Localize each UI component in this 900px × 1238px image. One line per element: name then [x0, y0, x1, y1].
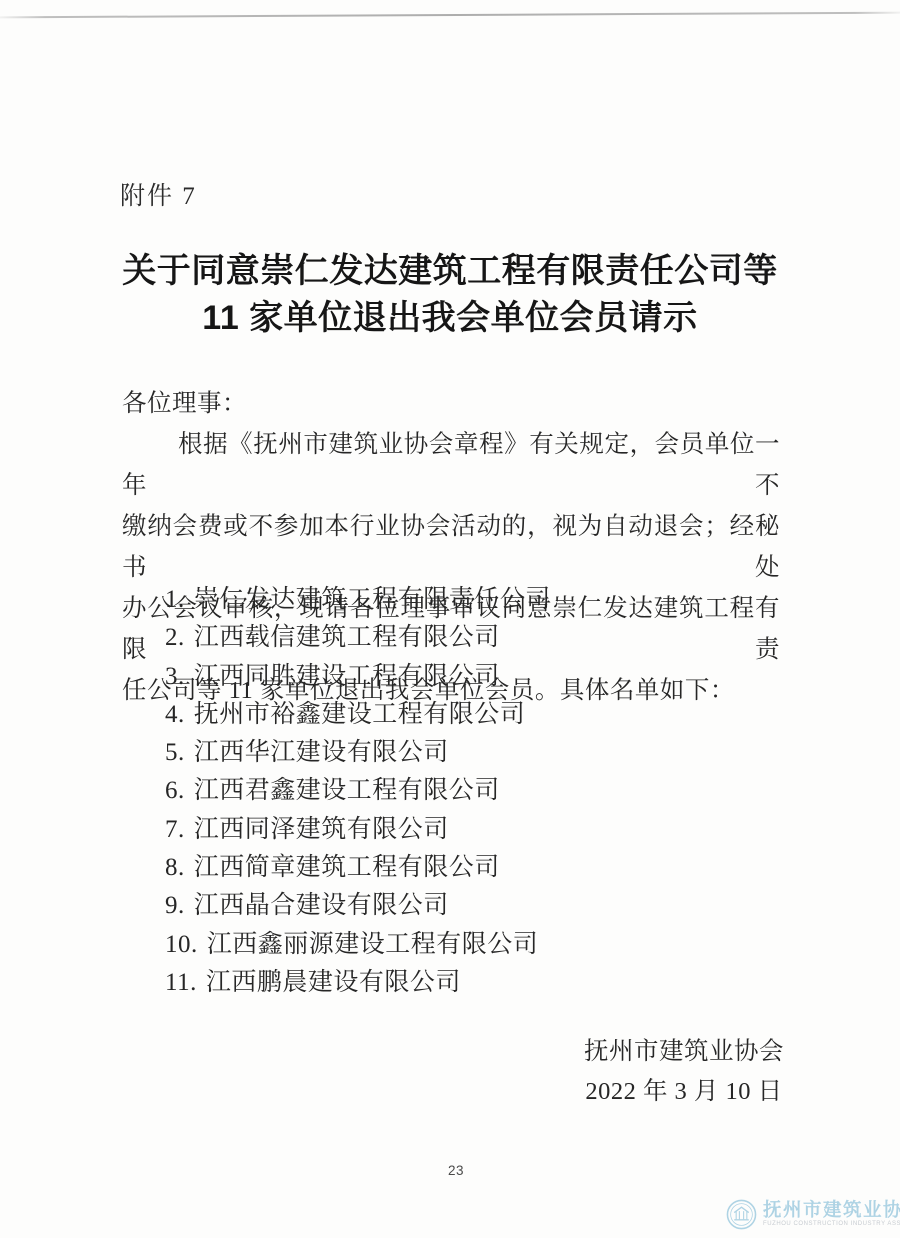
association-logo-icon [726, 1199, 757, 1230]
item-number: 4. [165, 696, 185, 734]
company-name: 江西华江建设有限公司 [194, 739, 449, 766]
signature-organization: 抚州市建筑业协会 [578, 1032, 790, 1072]
company-list-item: 6.江西君鑫建设工程有限公司 [165, 772, 805, 810]
company-name: 江西同泽建筑有限公司 [194, 816, 449, 843]
company-name: 江西鑫丽源建设工程有限公司 [207, 931, 539, 958]
document-title-line1: 关于同意崇仁发达建筑工程有限责任公司等 [0, 248, 900, 295]
company-name: 崇仁发达建筑工程有限责任公司 [194, 586, 551, 613]
item-number: 1. [165, 581, 185, 619]
paragraph-line: 根据《抚州市建筑业协会章程》有关规定，会员单位一年不 [122, 424, 780, 506]
company-list-item: 3.江西同胜建设工程有限公司 [165, 658, 805, 696]
company-name: 江西同胜建设工程有限公司 [194, 663, 500, 690]
item-number: 8. [165, 849, 185, 887]
company-list-item: 11.江西鹏晨建设有限公司 [165, 964, 805, 1002]
company-list-item: 9.江西晶合建设有限公司 [165, 887, 805, 925]
company-list-item: 1.崇仁发达建筑工程有限责任公司 [165, 581, 805, 619]
association-watermark: 抚州市建筑业协会 FUZHOU CONSTRUCTION INDUSTRY AS… [726, 1199, 900, 1230]
company-list-item: 4.抚州市裕鑫建设工程有限公司 [165, 696, 805, 734]
company-list-item: 5.江西华江建设有限公司 [165, 734, 805, 772]
scan-artifact-line [0, 12, 900, 19]
document-title: 关于同意崇仁发达建筑工程有限责任公司等 11 家单位退出我会单位会员请示 [0, 248, 900, 342]
document-title-line2: 11 家单位退出我会单位会员请示 [0, 295, 900, 342]
page-number: 23 [0, 1163, 900, 1178]
item-number: 10. [165, 926, 198, 964]
item-number: 6. [165, 772, 185, 810]
company-list-item: 10.江西鑫丽源建设工程有限公司 [165, 926, 805, 964]
signature-date: 2022 年 3 月 10 日 [578, 1072, 790, 1112]
item-number: 2. [165, 619, 185, 657]
company-name: 江西鹏晨建设有限公司 [206, 969, 461, 996]
item-number: 11. [165, 964, 197, 1002]
item-number: 5. [165, 734, 185, 772]
item-number: 7. [165, 811, 185, 849]
company-name: 抚州市裕鑫建设工程有限公司 [194, 701, 526, 728]
watermark-org-cn: 抚州市建筑业协会 [763, 1199, 900, 1220]
company-name: 江西晶合建设有限公司 [194, 892, 449, 919]
company-list-item: 8.江西简章建筑工程有限公司 [165, 849, 805, 887]
company-name: 江西简章建筑工程有限公司 [194, 854, 500, 881]
paragraph-line: 缴纳会费或不参加本行业协会活动的，视为自动退会；经秘书处 [122, 506, 780, 588]
salutation: 各位理事： [122, 383, 780, 424]
company-name: 江西君鑫建设工程有限公司 [194, 777, 500, 804]
company-list: 1.崇仁发达建筑工程有限责任公司 2.江西载信建筑工程有限公司 3.江西同胜建设… [165, 581, 805, 1002]
item-number: 9. [165, 887, 185, 925]
company-name: 江西载信建筑工程有限公司 [194, 624, 500, 651]
watermark-org-en: FUZHOU CONSTRUCTION INDUSTRY ASSOCIATION [763, 1220, 900, 1228]
company-list-item: 2.江西载信建筑工程有限公司 [165, 619, 805, 657]
signature-block: 抚州市建筑业协会 2022 年 3 月 10 日 [578, 1032, 790, 1111]
attachment-label: 附件 7 [120, 176, 197, 212]
document-page: 附件 7 关于同意崇仁发达建筑工程有限责任公司等 11 家单位退出我会单位会员请… [0, 0, 900, 1238]
company-list-item: 7.江西同泽建筑有限公司 [165, 811, 805, 849]
item-number: 3. [165, 658, 185, 696]
